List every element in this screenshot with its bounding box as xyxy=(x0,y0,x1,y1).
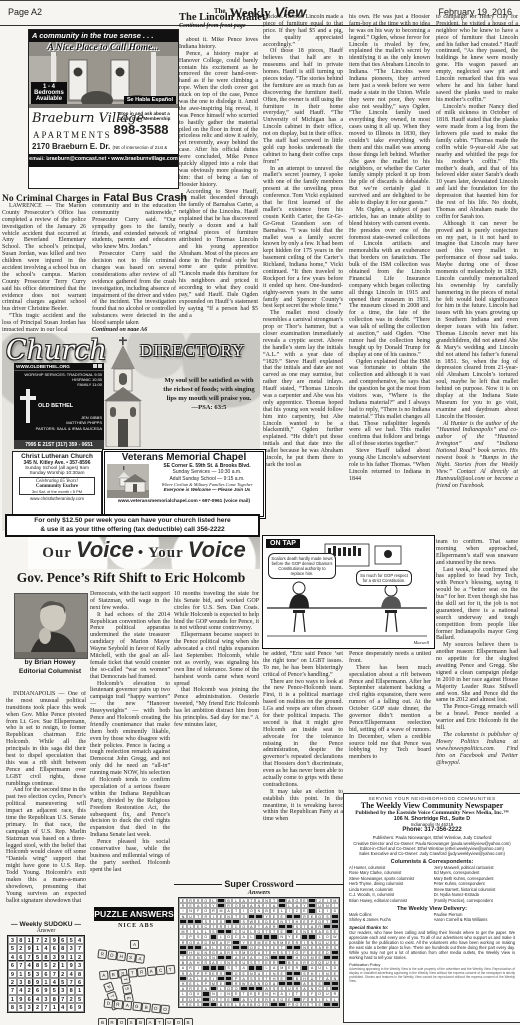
sudoku-cell: 2 xyxy=(75,953,83,961)
columnist-byline: by Brian Howey Editorial Columnist xyxy=(14,659,86,677)
scramble-title: NICE ABS xyxy=(96,923,176,929)
sudoku-cell: 5 xyxy=(17,1003,25,1011)
lincoln-col4: to campaign for Henry Clay for President… xyxy=(436,14,518,534)
article-paragraph: And for the second time in the past two … xyxy=(6,787,86,904)
sudoku-cell: 5 xyxy=(75,995,83,1003)
sudoku-cell: 1 xyxy=(42,978,50,986)
crossword-cell: O xyxy=(293,1002,301,1007)
sudoku-cell: 5 xyxy=(33,953,41,961)
article-paragraph: 10 months traveling the state for his Se… xyxy=(174,591,259,632)
article-paragraph: It had echoes of the 2014 Republican con… xyxy=(90,612,170,681)
article-paragraph: In an attempt to unravel the mallet’s se… xyxy=(263,166,343,311)
sudoku-cell: 6 xyxy=(25,995,33,1003)
sudoku-cell: 7 xyxy=(67,978,75,986)
masthead-title: The Weekly View Community Newspaper xyxy=(344,801,520,810)
sudoku-cell: 2 xyxy=(33,1003,41,1011)
old-bethel-staff: JEN GIBBSMATTHEW PHIPPSPASTORS: SAUL & I… xyxy=(36,415,102,431)
article-paragraph: chicken. Thomas Lincoln made a piece of … xyxy=(263,14,343,48)
sudoku-answer: Weekly SUDOKU Answer 3817296545291468374… xyxy=(2,921,90,1014)
sudoku-cell: 8 xyxy=(42,953,50,961)
gym-offer: Stop in and ask about a Golds Gym Member… xyxy=(113,111,175,121)
sudoku-cell: 5 xyxy=(59,978,67,986)
sudoku-cell: 2 xyxy=(67,995,75,1003)
sudoku-cell: 2 xyxy=(17,944,25,952)
sudoku-cell: 9 xyxy=(17,995,25,1003)
letter-tile: C xyxy=(156,966,166,976)
crossword-cell xyxy=(278,1002,286,1007)
article-paragraph: The mallet most closely resembles a carn… xyxy=(263,310,343,468)
crossword-cell: B xyxy=(217,1002,225,1007)
crossword-cell: E xyxy=(187,1002,195,1007)
sudoku-cell: 7 xyxy=(17,961,25,969)
sudoku-cell: 5 xyxy=(67,936,75,944)
columnist-photo xyxy=(14,593,88,659)
letter-tile: R xyxy=(97,949,107,959)
cartoonist-signature: Maxwell xyxy=(414,640,430,645)
masthead-box: SERVING YOUR NEIGHBORHOOD COMMUNITIES Th… xyxy=(343,793,520,1023)
crossword-cell xyxy=(323,1002,331,1007)
byline-name: by Brian Howey xyxy=(25,659,76,666)
sudoku-cell: 7 xyxy=(75,944,83,952)
apartment-photo: A Nice Place to Call Home... 1 - 4 Bedro… xyxy=(29,42,178,108)
sudoku-cell: 3 xyxy=(8,936,16,944)
voice-headline: Gov. Pence’s Rift Shift to Eric Holcomb xyxy=(2,570,260,586)
sudoku-cell: 8 xyxy=(50,995,58,1003)
veterans-contact: www.veteransmemorialchapel.com • 697-096… xyxy=(105,499,263,504)
sudoku-cell: 6 xyxy=(75,978,83,986)
sudoku-cell: 9 xyxy=(42,986,50,994)
article-paragraph: INDIANAPOLIS — One of the most unusual p… xyxy=(6,691,86,787)
sudoku-cell: 7 xyxy=(50,970,58,978)
banner-bullet: • xyxy=(138,545,144,561)
crossword-cell: Y xyxy=(179,1002,187,1007)
sudoku-subtitle: Answer xyxy=(2,928,90,934)
sudoku-cell: 1 xyxy=(50,1003,58,1011)
bedrooms-badge: 1 - 4 Bedrooms Available xyxy=(31,82,67,104)
sudoku-cell: 6 xyxy=(17,953,25,961)
our-voice-banner: Our Voice • Your Voice xyxy=(28,537,260,569)
sudoku-cell: 8 xyxy=(59,944,67,952)
sudoku-cell: 7 xyxy=(8,986,16,994)
se-habla-badge: Se Habla Español xyxy=(124,96,176,104)
banner-voice2: Voice xyxy=(188,537,246,562)
crossword-title: Super Crossword xyxy=(174,879,344,889)
article-paragraph: to campaign for Henry Clay for President… xyxy=(436,14,518,104)
old-bethel-url: WWW.OLDBETHEL.ORG xyxy=(16,364,70,369)
masthead-publishers: Publishers: Paula Nicewanger, Ethel Wins… xyxy=(344,835,520,840)
sudoku-cell: 3 xyxy=(17,978,25,986)
continued-note: Continued on page A6 xyxy=(92,327,176,331)
ad-headline: A Nice Place to Call Home... xyxy=(29,43,178,53)
crossword-cell: E xyxy=(316,1002,324,1007)
sudoku-cell: 4 xyxy=(17,986,25,994)
sudoku-cell: 1 xyxy=(25,936,33,944)
article-paragraph: team to confirm. That same morning when … xyxy=(436,539,518,567)
article-paragraph: Prosecutor Curry said the decision not t… xyxy=(92,251,176,327)
article-paragraph: he added, “Eric said Pence ‘set the righ… xyxy=(263,651,343,679)
sudoku-cell: 2 xyxy=(8,978,16,986)
letter-tile: H xyxy=(116,951,126,961)
voice-colD: he added, “Eric said Pence ‘set the righ… xyxy=(263,651,343,877)
sudoku-cell: 8 xyxy=(8,1003,16,1011)
sudoku-cell: 5 xyxy=(42,961,50,969)
columnist-name: Brian Howey, editorial columnist xyxy=(349,898,430,904)
sudoku-cell: 4 xyxy=(59,1003,67,1011)
article-paragraph: LAWRENCE — The Marion County Prosecutor’… xyxy=(2,203,86,313)
crossword-title-rest: Crossword xyxy=(252,879,294,889)
sudoku-cell: 1 xyxy=(8,995,16,1003)
article-paragraph: There are two ways to look at the new Pe… xyxy=(263,679,343,789)
sudoku-cell: 2 xyxy=(50,961,58,969)
sudoku-grid: 3817296545291468374675839126748521939153… xyxy=(7,935,85,1013)
euchre-time: 3rd Sat. of the month • 5 PM xyxy=(21,489,94,494)
old-bethel-services: WORSHIP SERVICES: TRADITIONAL 9:30HISPAN… xyxy=(14,371,104,389)
sudoku-cell: 9 xyxy=(59,953,67,961)
crossword-cell: L xyxy=(232,1002,240,1007)
church-steeple-image xyxy=(98,335,150,447)
service-time: FAMILY 11:00 xyxy=(16,382,102,387)
article-paragraph: Last week, she confirmed she has applied… xyxy=(436,567,518,643)
article-paragraph: It may take an election to establish thi… xyxy=(263,789,343,823)
sudoku-cell: 8 xyxy=(17,936,25,944)
sudoku-cell: 2 xyxy=(59,970,67,978)
old-bethel-ad: WWW.OLDBETHEL.ORG WORSHIP SERVICES: TRAD… xyxy=(14,363,104,449)
sudoku-cell: 2 xyxy=(25,986,33,994)
sudoku-cell: 8 xyxy=(67,986,75,994)
social-icons xyxy=(92,364,102,369)
tile-strip: BROSBATUOB xyxy=(98,1011,193,1025)
banner-voice1: Voice xyxy=(76,537,134,562)
church-directory: Church DIRECTORY My soul will be satisfi… xyxy=(2,333,260,531)
sudoku-cell: 4 xyxy=(25,961,33,969)
old-bethel-contact: 7995 E 21ST (317) 359 - 0651 xyxy=(14,440,104,449)
lincoln-col1: about it. Mike Pence loves Indiana histo… xyxy=(179,37,258,331)
sudoku-cell: 2 xyxy=(42,936,50,944)
sudoku-cell: 7 xyxy=(42,1003,50,1011)
speech-bubble-2: So much for GOP respect for a strict Con… xyxy=(356,570,412,586)
article-paragraph: Lincoln’s mother Nancy died of milk sick… xyxy=(436,104,518,221)
columnist-photo-image xyxy=(15,594,87,658)
veterans-chapel-ad: Veterans Memorial Chapel SE Corner E. 59… xyxy=(102,449,266,519)
psalm-text: My soul will be satisfied as with the ri… xyxy=(163,377,254,402)
sudoku-cell: 6 xyxy=(8,961,16,969)
sudoku-cell: 5 xyxy=(25,970,33,978)
sudoku-cell: 3 xyxy=(25,1003,33,1011)
sudoku-cell: 6 xyxy=(67,1003,75,1011)
letter-tile: T xyxy=(120,974,130,984)
sudoku-cell: 3 xyxy=(67,944,75,952)
article-paragraph: Mr. Ogden, a subject of past articles, h… xyxy=(349,207,430,359)
crossword-cell: E xyxy=(225,1002,233,1007)
columnists-list: Al Hunter, columnistRose Mary Clarke, co… xyxy=(344,865,520,904)
crossword-cell xyxy=(210,1002,218,1007)
byline-role: Editorial Columnist xyxy=(19,668,81,675)
article-paragraph: According to Steve Hauff, the mallet des… xyxy=(179,189,258,320)
rule-line xyxy=(296,884,344,885)
church-title-caps: DIRECTORY xyxy=(140,341,245,361)
sudoku-cell: 4 xyxy=(75,936,83,944)
article-paragraph: his own. He was just a Hoosier farm-boy … xyxy=(349,14,430,207)
letter-tile: R xyxy=(137,967,147,977)
letter-tile: A xyxy=(122,1001,132,1011)
veterans-chapel-info: SE Corner E. 59th St. & Brooks Blvd. Sun… xyxy=(151,463,263,499)
sudoku-cell: 3 xyxy=(50,953,58,961)
sudoku-cell: 9 xyxy=(67,961,75,969)
letter-tile: D xyxy=(103,999,113,1009)
crossword-cell: R xyxy=(263,1002,271,1007)
sudoku-cell: 7 xyxy=(25,953,33,961)
article-paragraph: Pence, a history major at Hanover Colleg… xyxy=(179,51,258,189)
sudoku-cell: 1 xyxy=(59,961,67,969)
veterans-chapel-body: SE Corner E. 59th St. & Brooks Blvd. Sun… xyxy=(105,463,263,499)
article-paragraph: The Pence-Gregg rematch will be a brawl.… xyxy=(436,704,518,732)
offer-line1: For only $12.50 per week you can have yo… xyxy=(34,517,230,524)
sudoku-cell: 9 xyxy=(8,970,16,978)
thanks-text: Our readers, who have been calling and t… xyxy=(344,930,520,961)
sudoku-cell: 8 xyxy=(33,961,41,969)
crossword-answer: Super Crossword Answers ERROLBLATANTAGEJ… xyxy=(174,879,344,1009)
article-paragraph: Although it can never be proved and is p… xyxy=(436,221,518,421)
article-paragraph: community and in the education community… xyxy=(92,203,176,251)
letter-tile: G xyxy=(132,1002,142,1012)
christ-lutheran-url: www.christlutheranindy.com xyxy=(13,496,101,501)
sudoku-cell: 7 xyxy=(33,936,41,944)
article-paragraph: Of those 18 pieces, Hauff believes that … xyxy=(263,48,343,165)
bus-crash-headline: No Criminal Charges in Fatal Bus Crash xyxy=(2,188,176,202)
article-paragraph: about it. Mike Pence loves Indiana histo… xyxy=(179,37,258,51)
ad-address: 2170 Braeburn E. Dr. (NE of intersection… xyxy=(32,142,178,160)
rule-line xyxy=(174,884,222,885)
staff-name: PASTORS: SAUL & IRMA SAUCEDA xyxy=(36,426,102,431)
crossword-cell: R xyxy=(301,1002,309,1007)
editorial-cartoon: ON TAP Scalia’s death hardly made news b… xyxy=(262,535,435,649)
christ-lutheran-ad: Christ Lutheran Church 345 N. Kitley Ave… xyxy=(12,451,102,515)
sudoku-cell: 8 xyxy=(25,978,33,986)
christ-lutheran-worship: Sunday Worship 10:30am xyxy=(13,471,101,476)
offer-line2: & use it as your tithe offering (tax ded… xyxy=(40,526,224,533)
article-paragraph: Pence pleased his social conservative ba… xyxy=(90,839,170,873)
article-paragraph: “This tragic accident and the loss of Pr… xyxy=(2,313,86,331)
sudoku-cell: 7 xyxy=(59,995,67,1003)
sudoku-cell: 4 xyxy=(42,944,50,952)
apartment-name-caps: APARTMENTS xyxy=(33,130,112,140)
masthead-phone: Phone: 317-356-2222 xyxy=(344,827,520,833)
ad-tagline: A community in the true sense . . . xyxy=(29,30,178,42)
sudoku-cell: 1 xyxy=(75,986,83,994)
psalm-reference: —PSA: 63:5 xyxy=(192,404,227,411)
article-paragraph: that Holcomb was joining the Pence admin… xyxy=(174,687,259,728)
twitter-icon xyxy=(98,364,102,368)
crossword-cell: T xyxy=(308,1002,316,1007)
sudoku-cell: 9 xyxy=(25,944,33,952)
sudoku-cell: 1 xyxy=(67,953,75,961)
letter-tile: A xyxy=(146,966,156,976)
voice-colB: Democrats, with the tacit support of Sta… xyxy=(90,591,170,905)
sudoku-cell: 4 xyxy=(67,970,75,978)
sudoku-cell: 3 xyxy=(75,961,83,969)
crossword-cell: S xyxy=(194,1002,202,1007)
voice-colE: Pence desperately needs a united front.T… xyxy=(349,651,431,787)
christ-lutheran-box: Celebrating 65 Years! Community Euchre 3… xyxy=(19,477,95,495)
ad-info: Braeburn Village APARTMENTS Stop in and … xyxy=(29,108,178,154)
old-bethel-url-bar: WWW.OLDBETHEL.ORG xyxy=(14,363,104,371)
sudoku-cell: 8 xyxy=(75,970,83,978)
delivery-list: Mark CollinsShirley & James Fuchs Paulin… xyxy=(344,912,520,923)
veterans-chapel-name: Veterans Memorial Chapel xyxy=(105,452,263,463)
letter-tile: R xyxy=(113,1000,123,1010)
sudoku-cell: 1 xyxy=(17,970,25,978)
article-paragraph: Holcomb’s elevation to lieutenant govern… xyxy=(90,681,170,839)
cartoon-title: ON TAP xyxy=(266,539,300,548)
article-paragraph: Pence desperately needs a united front. xyxy=(349,651,431,665)
article-paragraph: My sources believe there is another reas… xyxy=(436,642,518,704)
banner-our: Our xyxy=(42,545,72,561)
article-paragraph: Ellspermann became suspect to the Pence … xyxy=(174,632,259,687)
sudoku-cell: 4 xyxy=(33,995,41,1003)
old-bethel-name: OLD BETHEL xyxy=(38,403,73,409)
lincoln-col3: his own. He was just a Hoosier farm-boy … xyxy=(349,14,430,546)
braeburn-village-ad: A community in the true sense . . . A Ni… xyxy=(28,29,179,189)
masthead-owners: Creative Director and Co-Owner: Paula Ni… xyxy=(344,841,520,856)
cross-icon xyxy=(20,389,36,423)
article-paragraph: Steve Hauff talked about young Abe Linco… xyxy=(349,448,430,482)
banner-your: Your xyxy=(148,545,184,561)
sudoku-cell: 4 xyxy=(50,978,58,986)
voice-colC: 10 months traveling the state for his Se… xyxy=(174,591,259,877)
sudoku-cell: 3 xyxy=(42,995,50,1003)
scramble-answer: NICE ABS A ROHSA ABSTRACT TSE PTV DRAGBO… xyxy=(96,923,176,1023)
lincoln-col2: chicken. Thomas Lincoln made a piece of … xyxy=(263,14,343,534)
christ-lutheran-name: Christ Lutheran Church xyxy=(13,453,101,460)
crossword-subtitle: Answers xyxy=(174,889,344,896)
crossword-cell xyxy=(202,1002,210,1007)
delivery-name: Aaron Cornell & Rita Williams xyxy=(434,917,515,923)
veterans-welcome: Everyone is Welcome — Please Join Us xyxy=(151,487,263,493)
sudoku-cell: 9 xyxy=(75,1003,83,1011)
owner-line: Sales Executive and Co-Owner: Judy Crawf… xyxy=(344,851,520,856)
letter-tile: B xyxy=(108,970,118,980)
psalm-quote: My soul will be satisfied as with the ri… xyxy=(160,377,258,413)
crossword-grid: ERROLBLATANTAGEJIMREADYROMANIALAYUNIINFO… xyxy=(178,897,340,1008)
crossword-cell: P xyxy=(286,1002,294,1007)
crossword-cell: B xyxy=(248,1002,256,1007)
delivery-name: Shirley & James Fuchs xyxy=(349,917,430,923)
sudoku-cell: 3 xyxy=(59,986,67,994)
crossword-cell xyxy=(331,1002,339,1007)
puzzle-answers-banner: PUZZLE ANSWERS xyxy=(94,907,174,921)
sudoku-cell: 1 xyxy=(33,944,41,952)
policy-text: Advertising appearing in the Weekly View… xyxy=(344,967,520,983)
sudoku-cell: 6 xyxy=(59,936,67,944)
voice-colF: team to confirm. That same morning when … xyxy=(436,539,518,791)
chapel-photo xyxy=(107,464,149,498)
facebook-icon xyxy=(93,364,97,368)
bus-crash-col2: community and in the education community… xyxy=(92,203,176,331)
church-title-script: Church xyxy=(6,335,107,366)
columnist-bio: The columnist is publisher of Howey Poli… xyxy=(436,732,518,766)
sudoku-cell: 5 xyxy=(8,944,16,952)
letter-tile: A xyxy=(99,971,109,981)
sudoku-cell: 9 xyxy=(33,978,41,986)
speech-bubble-1: Scalia’s death hardly made news before t… xyxy=(268,553,336,579)
church-listing-offer: For only $12.50 per week you can have yo… xyxy=(5,514,260,537)
article-paragraph: Democrats, with the tacit support of Sta… xyxy=(90,591,170,612)
ad-address-street: 2170 Braeburn E. Dr. xyxy=(32,142,110,151)
sudoku-cell: 3 xyxy=(33,970,41,978)
sudoku-cell: 6 xyxy=(50,944,58,952)
bus-crash-col1: LAWRENCE — The Marion County Prosecutor’… xyxy=(2,203,86,331)
author-bio: Al Hunter is the author of the “Haunted … xyxy=(436,421,518,490)
sudoku-cell: 4 xyxy=(8,953,16,961)
article-paragraph: There has been much speculation about a … xyxy=(349,665,431,761)
columnist-name: (Family Practice), correspondent xyxy=(434,898,515,904)
ad-phone: 898-3588 xyxy=(107,122,175,137)
newspaper-page: Page A2 The Weekly View February 19, 201… xyxy=(0,0,520,1025)
crossword-title-super: Super xyxy=(224,879,250,889)
sudoku-cell: 6 xyxy=(33,986,41,994)
sudoku-cell: 6 xyxy=(42,970,50,978)
voice-colA: INDIANAPOLIS — One of the most unusual p… xyxy=(6,691,86,917)
crossword-cell: O xyxy=(255,1002,263,1007)
sudoku-title: Weekly SUDOKU xyxy=(2,921,90,928)
sudoku-cell: 5 xyxy=(50,986,58,994)
crossword-cell: A xyxy=(240,1002,248,1007)
article-paragraph: Ogden explained that the ISM was fortuna… xyxy=(349,359,430,449)
sudoku-cell: 9 xyxy=(50,936,58,944)
crossword-cell xyxy=(270,1002,278,1007)
